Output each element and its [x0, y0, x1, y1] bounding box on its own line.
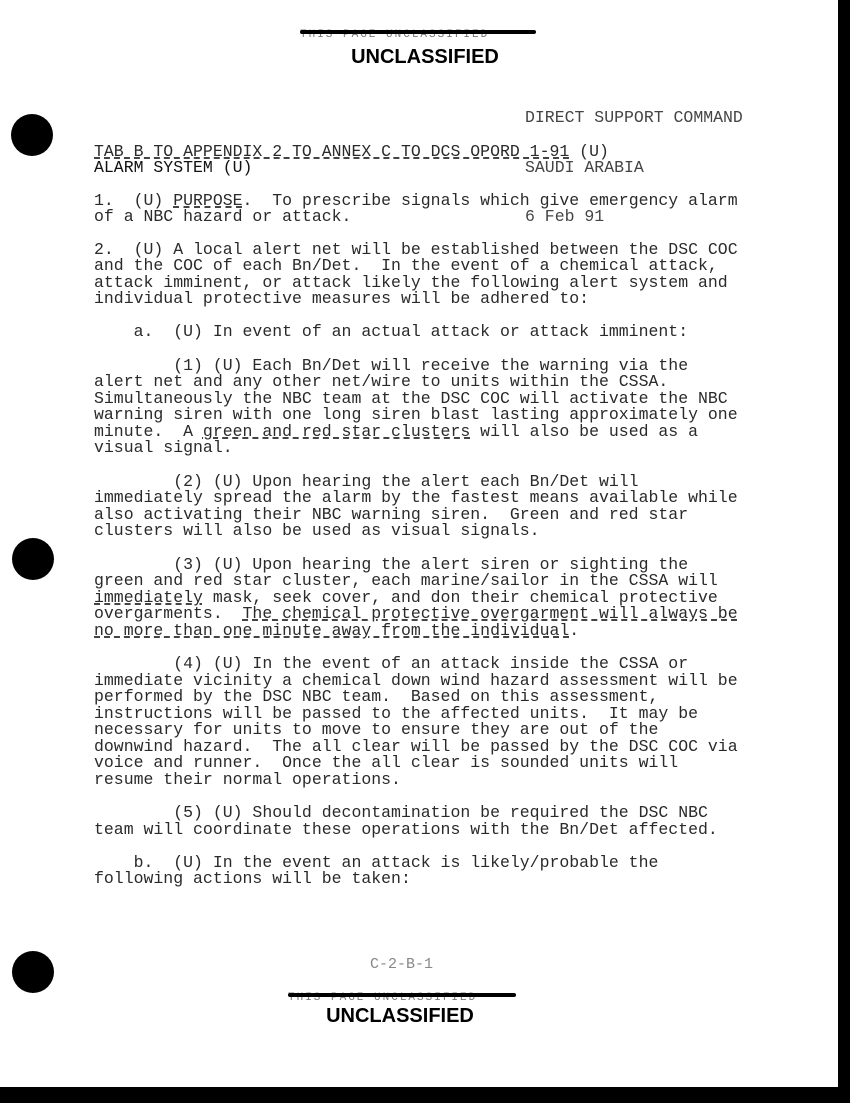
origin-command: DIRECT SUPPORT COMMAND — [525, 110, 743, 127]
hole-punch-bottom — [12, 951, 54, 993]
origin-date: 6 Feb 91 — [525, 209, 743, 226]
para-1-line-2: of a NBC hazard or attack. — [94, 209, 351, 226]
strike-line — [300, 30, 536, 34]
hole-punch-top — [11, 114, 53, 156]
para-a-line: a. (U) In event of an actual attack or a… — [94, 324, 688, 341]
hole-punch-middle — [12, 538, 54, 580]
scan-border-right — [838, 0, 850, 1103]
para-a4-line: resume their normal operations. — [94, 772, 401, 789]
origin-location: SAUDI ARABIA — [525, 160, 743, 177]
document-subject: ALARM SYSTEM (U) — [94, 160, 252, 177]
scan-border-bottom — [0, 1087, 850, 1103]
struck-marking-top: THIS PAGE UNCLASSIFIED — [300, 24, 536, 42]
classification-bottom: UNCLASSIFIED — [0, 1005, 825, 1028]
para-a2-line: clusters will also be used as visual sig… — [94, 523, 540, 540]
page-number: C-2-B-1 — [370, 956, 433, 973]
para-a5-line: team will coordinate these operations wi… — [94, 822, 718, 839]
para-a1-line: visual signal. — [94, 440, 233, 457]
document-page: THIS PAGE UNCLASSIFIED UNCLASSIFIED DIRE… — [0, 0, 850, 1103]
struck-marking-bottom: THIS PAGE UNCLASSIFIED — [288, 987, 516, 1005]
para-a3-line: no more than one minute away from the in… — [94, 623, 579, 640]
para-2-line: individual protective measures will be a… — [94, 291, 589, 308]
strike-line — [288, 993, 516, 997]
classification-top: UNCLASSIFIED — [0, 46, 850, 69]
origin-block: DIRECT SUPPORT COMMAND SAUDI ARABIA 6 Fe… — [525, 77, 743, 259]
para-b-line: following actions will be taken: — [94, 871, 411, 888]
